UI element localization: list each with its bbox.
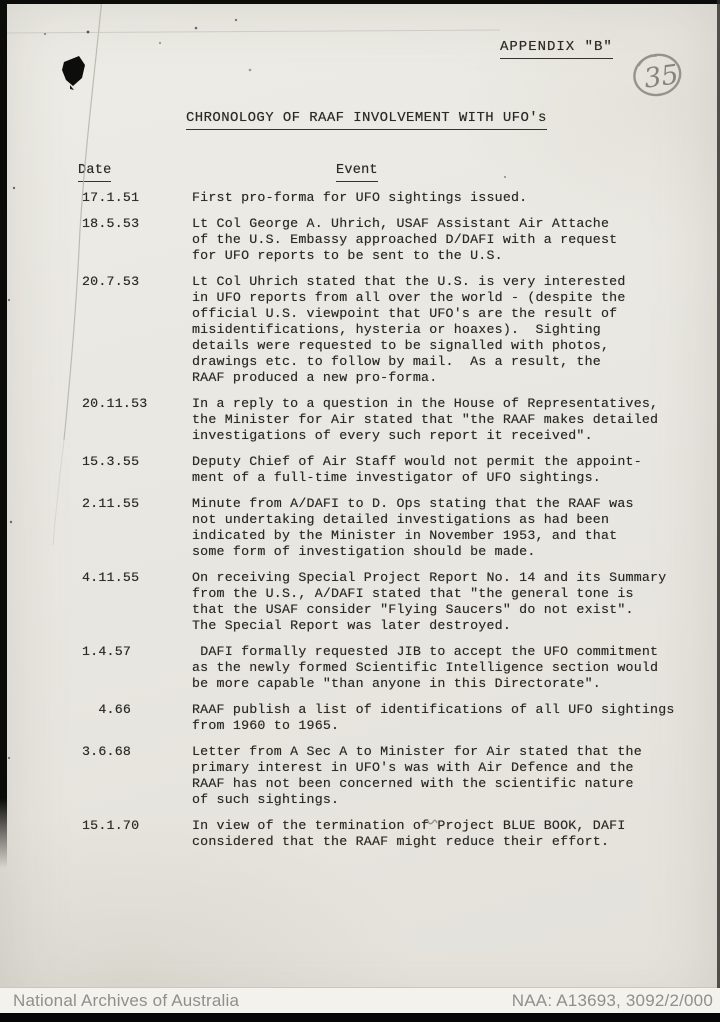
archive-name: National Archives of Australia: [13, 991, 239, 1011]
scan-edge-bottom: [0, 1013, 720, 1022]
entry-event: On receiving Special Project Report No. …: [192, 570, 698, 634]
chronology-table: 17.1.51 First pro-forma for UFO sighting…: [82, 190, 698, 860]
entry-event: DAFI formally requested JIB to accept th…: [192, 644, 698, 692]
table-row: 18.5.53 Lt Col George A. Uhrich, USAF As…: [82, 216, 698, 264]
entry-event: In a reply to a question in the House of…: [192, 396, 698, 444]
table-row: 20.11.53 In a reply to a question in the…: [82, 396, 698, 444]
scan-edge-left: [0, 0, 7, 868]
table-row: 4.66 RAAF publish a list of identificati…: [82, 702, 698, 734]
entry-date: 1.4.57: [82, 644, 192, 692]
entry-date: 20.7.53: [82, 274, 192, 386]
entry-date: 15.3.55: [82, 454, 192, 486]
entry-date: 4.11.55: [82, 570, 192, 634]
document-title: CHRONOLOGY OF RAAF INVOLVEMENT WITH UFO'…: [186, 110, 547, 130]
page-number-text: 35: [642, 59, 680, 94]
table-row: 2.11.55 Minute from A/DAFI to D. Ops sta…: [82, 496, 698, 560]
entry-date: 3.6.68: [82, 744, 192, 808]
archive-reference: NAA: A13693, 3092/2/000: [512, 991, 713, 1011]
appendix-label: APPENDIX "B": [500, 39, 613, 59]
page-number-annotation: 35: [631, 51, 684, 100]
ink-blob: [62, 56, 85, 90]
scan-edge-top: [0, 0, 720, 4]
entry-event: Lt Col George A. Uhrich, USAF Assistant …: [192, 216, 698, 264]
table-row: 17.1.51 First pro-forma for UFO sighting…: [82, 190, 698, 206]
table-row: 15.1.70 In view of the termination of Pr…: [82, 818, 698, 850]
entry-date: 20.11.53: [82, 396, 192, 444]
scanned-document-page: 35 APPENDIX "B" CHRONOLOGY OF RAAF INVOL…: [0, 0, 720, 1022]
archive-footer: National Archives of Australia NAA: A136…: [0, 988, 720, 1013]
event-column-header: Event: [336, 163, 378, 182]
table-row: 3.6.68 Letter from A Sec A to Minister f…: [82, 744, 698, 808]
entry-event: Minute from A/DAFI to D. Ops stating tha…: [192, 496, 698, 560]
entry-date: 4.66: [82, 702, 192, 734]
entry-event: Deputy Chief of Air Staff would not perm…: [192, 454, 698, 486]
table-row: 4.11.55 On receiving Special Project Rep…: [82, 570, 698, 634]
entry-event: Lt Col Uhrich stated that the U.S. is ve…: [192, 274, 698, 386]
entry-event: First pro-forma for UFO sightings issued…: [192, 190, 698, 206]
table-row: 1.4.57 DAFI formally requested JIB to ac…: [82, 644, 698, 692]
entry-date: 17.1.51: [82, 190, 192, 206]
entry-event: Letter from A Sec A to Minister for Air …: [192, 744, 698, 808]
entry-date: 18.5.53: [82, 216, 192, 264]
date-column-header: Date: [78, 163, 111, 182]
entry-event: RAAF publish a list of identifications o…: [192, 702, 698, 734]
entry-event: In view of the termination of Project BL…: [192, 818, 698, 850]
table-row: 15.3.55 Deputy Chief of Air Staff would …: [82, 454, 698, 486]
entry-date: 15.1.70: [82, 818, 192, 850]
entry-date: 2.11.55: [82, 496, 192, 560]
table-row: 20.7.53 Lt Col Uhrich stated that the U.…: [82, 274, 698, 386]
